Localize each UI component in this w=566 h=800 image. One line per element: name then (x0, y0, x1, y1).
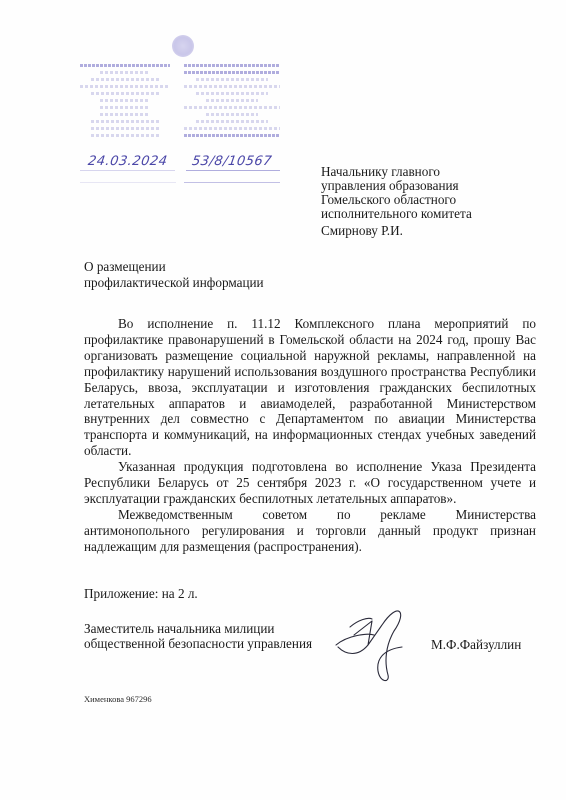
registration-date: 24.03.2024 (87, 154, 169, 169)
state-emblem-icon (172, 35, 194, 57)
addressee-line: Начальнику главного (321, 165, 472, 179)
signer-name: М.Ф.Файзуллин (431, 637, 521, 653)
letter-subject: О размещении профилактической информации (84, 259, 264, 291)
body-paragraph: Межведомственным советом по рекламе Мини… (84, 507, 536, 555)
addressee-line: исполнительного комитета (321, 207, 472, 221)
addressee-name: Смирнову Р.И. (321, 224, 472, 238)
handwritten-signature-icon (328, 605, 438, 685)
body-paragraph: Во исполнение п. 11.12 Комплексного план… (84, 316, 536, 459)
position-line: общественной безопасности управления (84, 637, 312, 652)
registration-row: 24.03.2024 53/8/10567 (80, 154, 280, 174)
addressee-line: Гомельского областного (321, 193, 472, 207)
addressee-block: Начальнику главного управления образован… (321, 165, 472, 238)
document-page: 24.03.2024 53/8/10567 Начальнику главног… (0, 0, 566, 800)
appendix-note: Приложение: на 2 л. (84, 586, 198, 602)
letter-body: Во исполнение п. 11.12 Комплексного план… (84, 316, 536, 555)
addressee-line: управления образования (321, 179, 472, 193)
subject-line: профилактической информации (84, 275, 264, 291)
subject-line: О размещении (84, 259, 264, 275)
body-paragraph: Указанная продукция подготовлена во испо… (84, 459, 536, 507)
registration-number: 53/8/10567 (191, 154, 273, 169)
letterhead: 24.03.2024 53/8/10567 (80, 30, 280, 180)
executor-contact: Хименкова 967296 (84, 694, 152, 704)
position-line: Заместитель начальника милиции (84, 622, 312, 637)
letterhead-left-column (80, 60, 170, 141)
letterhead-right-column (184, 60, 280, 141)
signer-position: Заместитель начальника милиции обществен… (84, 622, 312, 651)
